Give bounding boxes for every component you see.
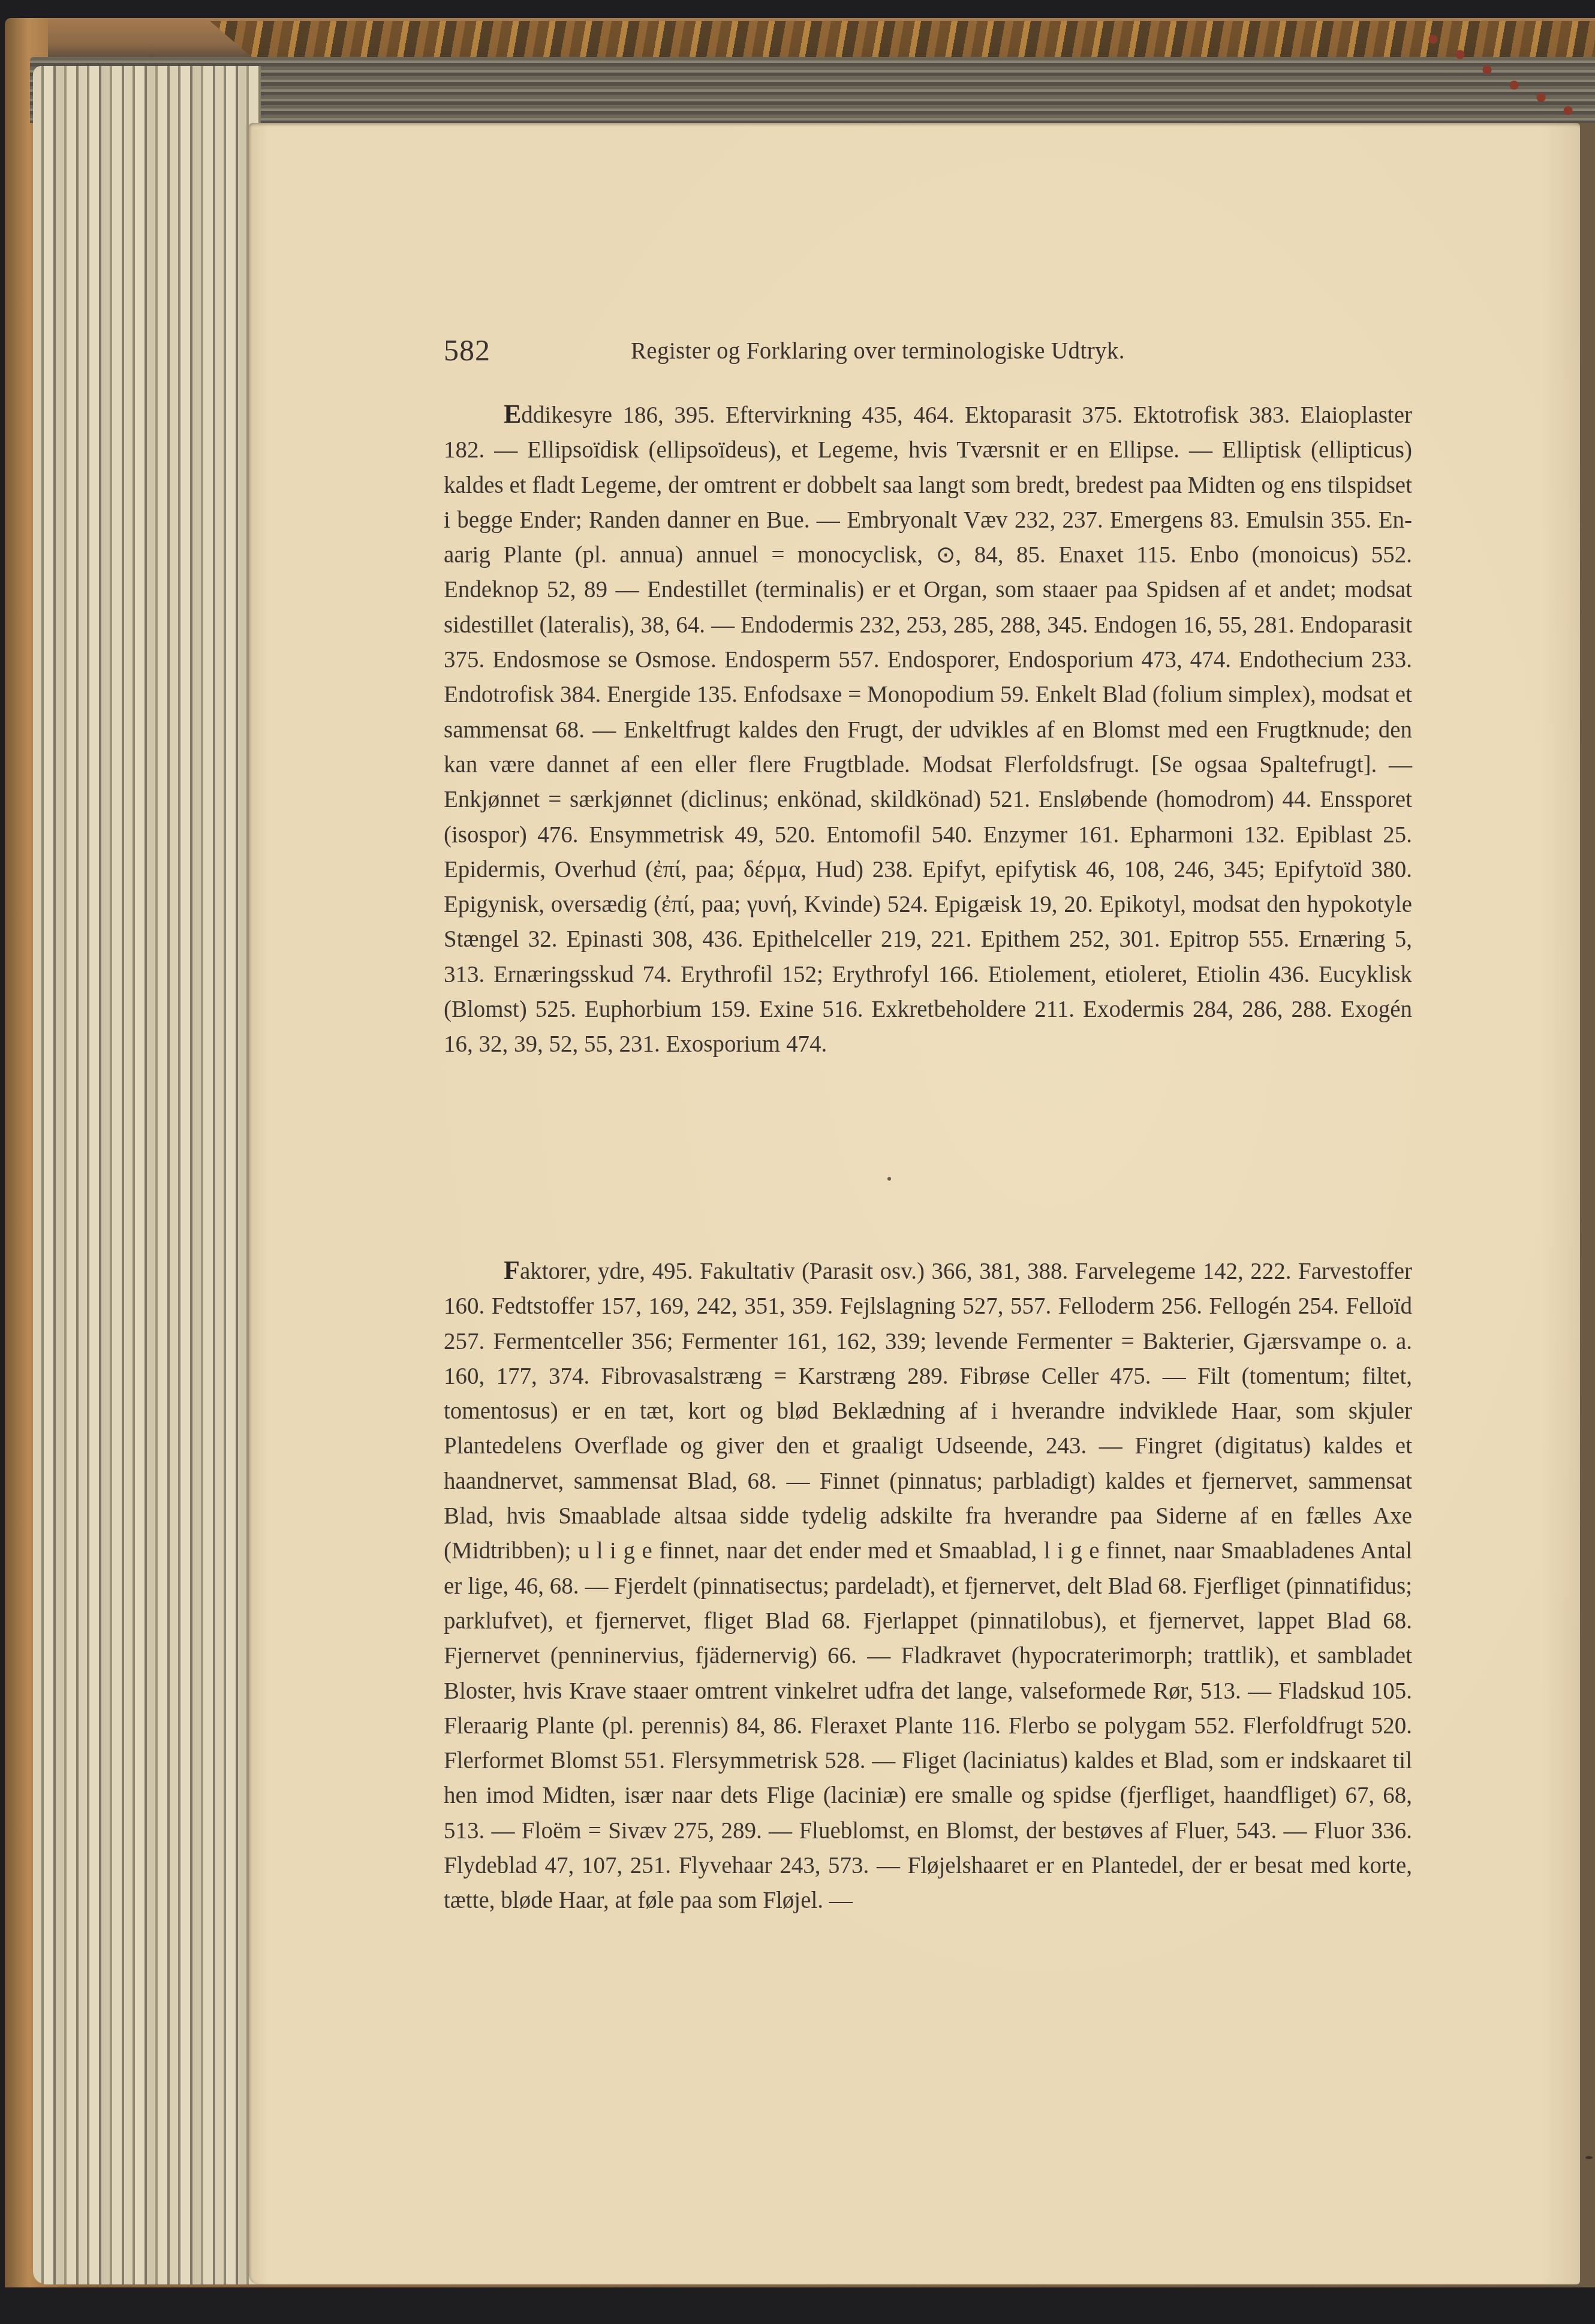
background-surface bbox=[0, 2287, 1595, 2324]
page-stack-edges bbox=[33, 66, 261, 2284]
page-block-top-edge bbox=[30, 57, 1595, 123]
spine-stitching bbox=[1415, 24, 1595, 126]
marbled-edge bbox=[210, 21, 1595, 57]
section-initial-f: F bbox=[504, 1256, 520, 1285]
section-initial-e: E bbox=[504, 399, 521, 429]
section-text-e: ddikesyre 186, 395. Eftervirkning 435, 4… bbox=[444, 402, 1412, 1057]
page-header: 582 Register og Forklaring over terminol… bbox=[444, 333, 1415, 381]
section-text-f: aktorer, ydre, 495. Fakultativ (Parasit … bbox=[444, 1259, 1412, 1913]
index-paragraph-e: Eddikesyre 186, 395. Eftervirkning 435, … bbox=[444, 397, 1412, 1062]
running-title: Register og Forklaring over terminologis… bbox=[631, 336, 1125, 365]
page-number: 582 bbox=[444, 333, 490, 368]
paper-speck bbox=[887, 1177, 891, 1181]
index-section-f: Faktorer, ydre, 495. Fakultativ (Parasit… bbox=[444, 1253, 1412, 1919]
paper-speck bbox=[1585, 2156, 1593, 2159]
index-paragraph-f: Faktorer, ydre, 495. Fakultativ (Parasit… bbox=[444, 1253, 1412, 1919]
index-section-e: Eddikesyre 186, 395. Eftervirkning 435, … bbox=[444, 397, 1412, 1062]
